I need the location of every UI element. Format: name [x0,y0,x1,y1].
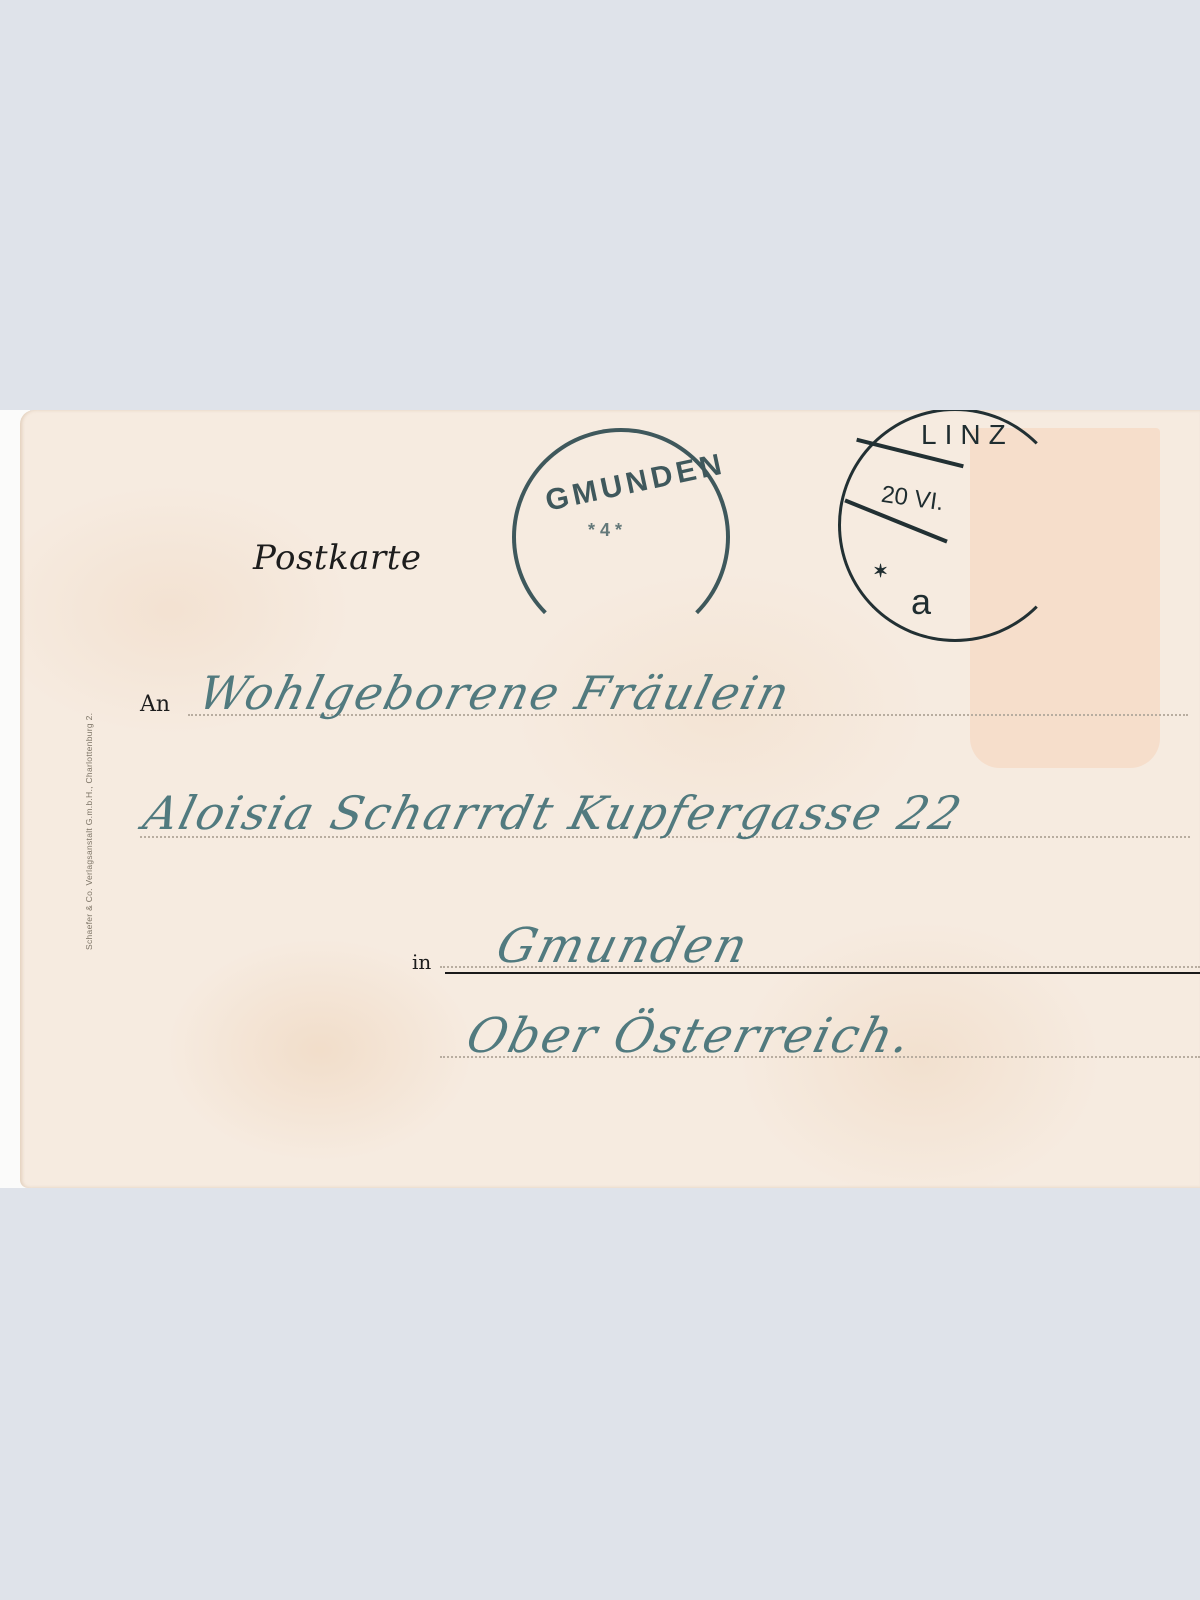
gmunden-postmark: GMUNDEN * 4 * [512,428,730,646]
linz-postmark: LINZ 20 VI. ✶ a [838,410,1072,642]
star-icon: ✶ [873,561,888,582]
postmark-date: 20 VI. [879,481,945,517]
publisher-imprint: Schaefer & Co. Verlagsanstalt G.m.b.H., … [84,713,94,950]
to-label: An [140,692,170,717]
postmark-text: LINZ [921,419,1014,451]
postcard-title: Postkarte [253,538,422,578]
address-salutation: Wohlgeborene Fräulein [193,666,796,720]
postmark-text: GMUNDEN [542,447,728,518]
postmark-letter: a [911,581,931,623]
postmark-extra: * 4 * [588,520,622,541]
in-label: in [412,950,431,974]
address-recipient: Aloisia Scharrdt Kupfergasse 22 [138,786,968,840]
address-city: Gmunden [491,918,755,974]
address-region: Ober Österreich. [461,1008,918,1064]
postcard: GMUNDEN * 4 * LINZ 20 VI. ✶ a Postkarte … [20,410,1200,1188]
